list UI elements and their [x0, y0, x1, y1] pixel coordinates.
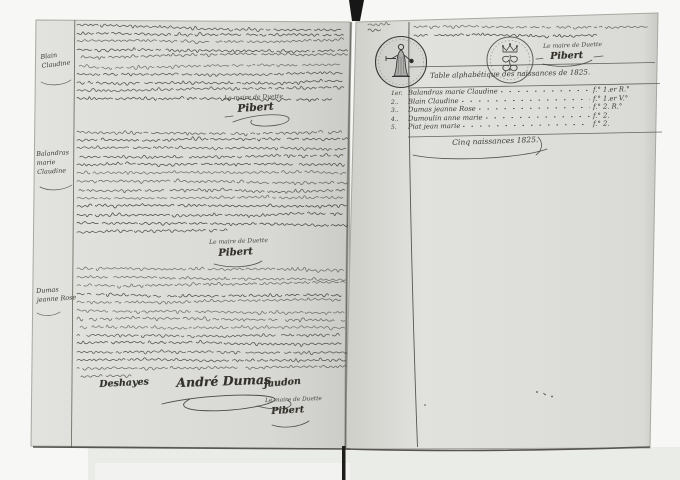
row-folio: f.° 2. — [593, 110, 647, 119]
row-name: Dumas jeanne Rose — [408, 105, 476, 114]
record-1-text — [77, 22, 347, 102]
dotted-leader — [501, 87, 590, 93]
spine-gap-bottom — [342, 446, 346, 480]
row-number: 4.. — [391, 115, 408, 122]
row-number: 2.. — [391, 98, 408, 105]
dotted-leader — [479, 104, 590, 111]
row-number: 5. — [391, 124, 408, 131]
dotted-leader — [463, 121, 590, 128]
allegorical-figure-stamp — [376, 37, 427, 88]
margin-note-dumas: Dumas jeanne Rose — [36, 284, 77, 305]
figure-orb — [409, 59, 413, 63]
register-closing-statement — [412, 20, 656, 42]
dotted-leader — [462, 95, 590, 102]
pibert-signature-right: Pibert — [550, 50, 583, 63]
row-folio: f.° 2. — [593, 119, 647, 128]
row-folio: f.° 1.er V.° — [593, 93, 647, 102]
record-2-text — [77, 128, 347, 240]
row-folio: f.° 1.er R.° — [593, 85, 647, 94]
row-number: 3.. — [391, 107, 408, 114]
under-sheet-edge — [95, 463, 350, 480]
row-number: 1er. — [391, 90, 408, 97]
pibert-signature-1: Pibert — [237, 100, 274, 116]
register-scan: Blain Claudine Balandras marie Claudine … — [0, 0, 680, 480]
witness-signature-andre-dumas: André Dumas — [176, 372, 271, 391]
row-name: Blain Claudine — [408, 96, 459, 105]
pibert-signature-2: Pibert — [218, 246, 253, 260]
pibert-signature-3: Pibert — [271, 404, 304, 418]
margin-note-blain-claudine: Blain Claudine — [40, 49, 71, 70]
row-name: Piat jean marie — [408, 122, 460, 131]
row-name: Balandras marie Claudine — [408, 87, 498, 96]
dotted-leader — [486, 112, 591, 119]
record-3-text — [77, 266, 347, 384]
row-folio: f.° 2. R.° — [593, 102, 647, 111]
margin-note-line: Claudine — [37, 166, 70, 177]
margin-note-balandras: Balandras marie Claudine — [36, 148, 70, 177]
